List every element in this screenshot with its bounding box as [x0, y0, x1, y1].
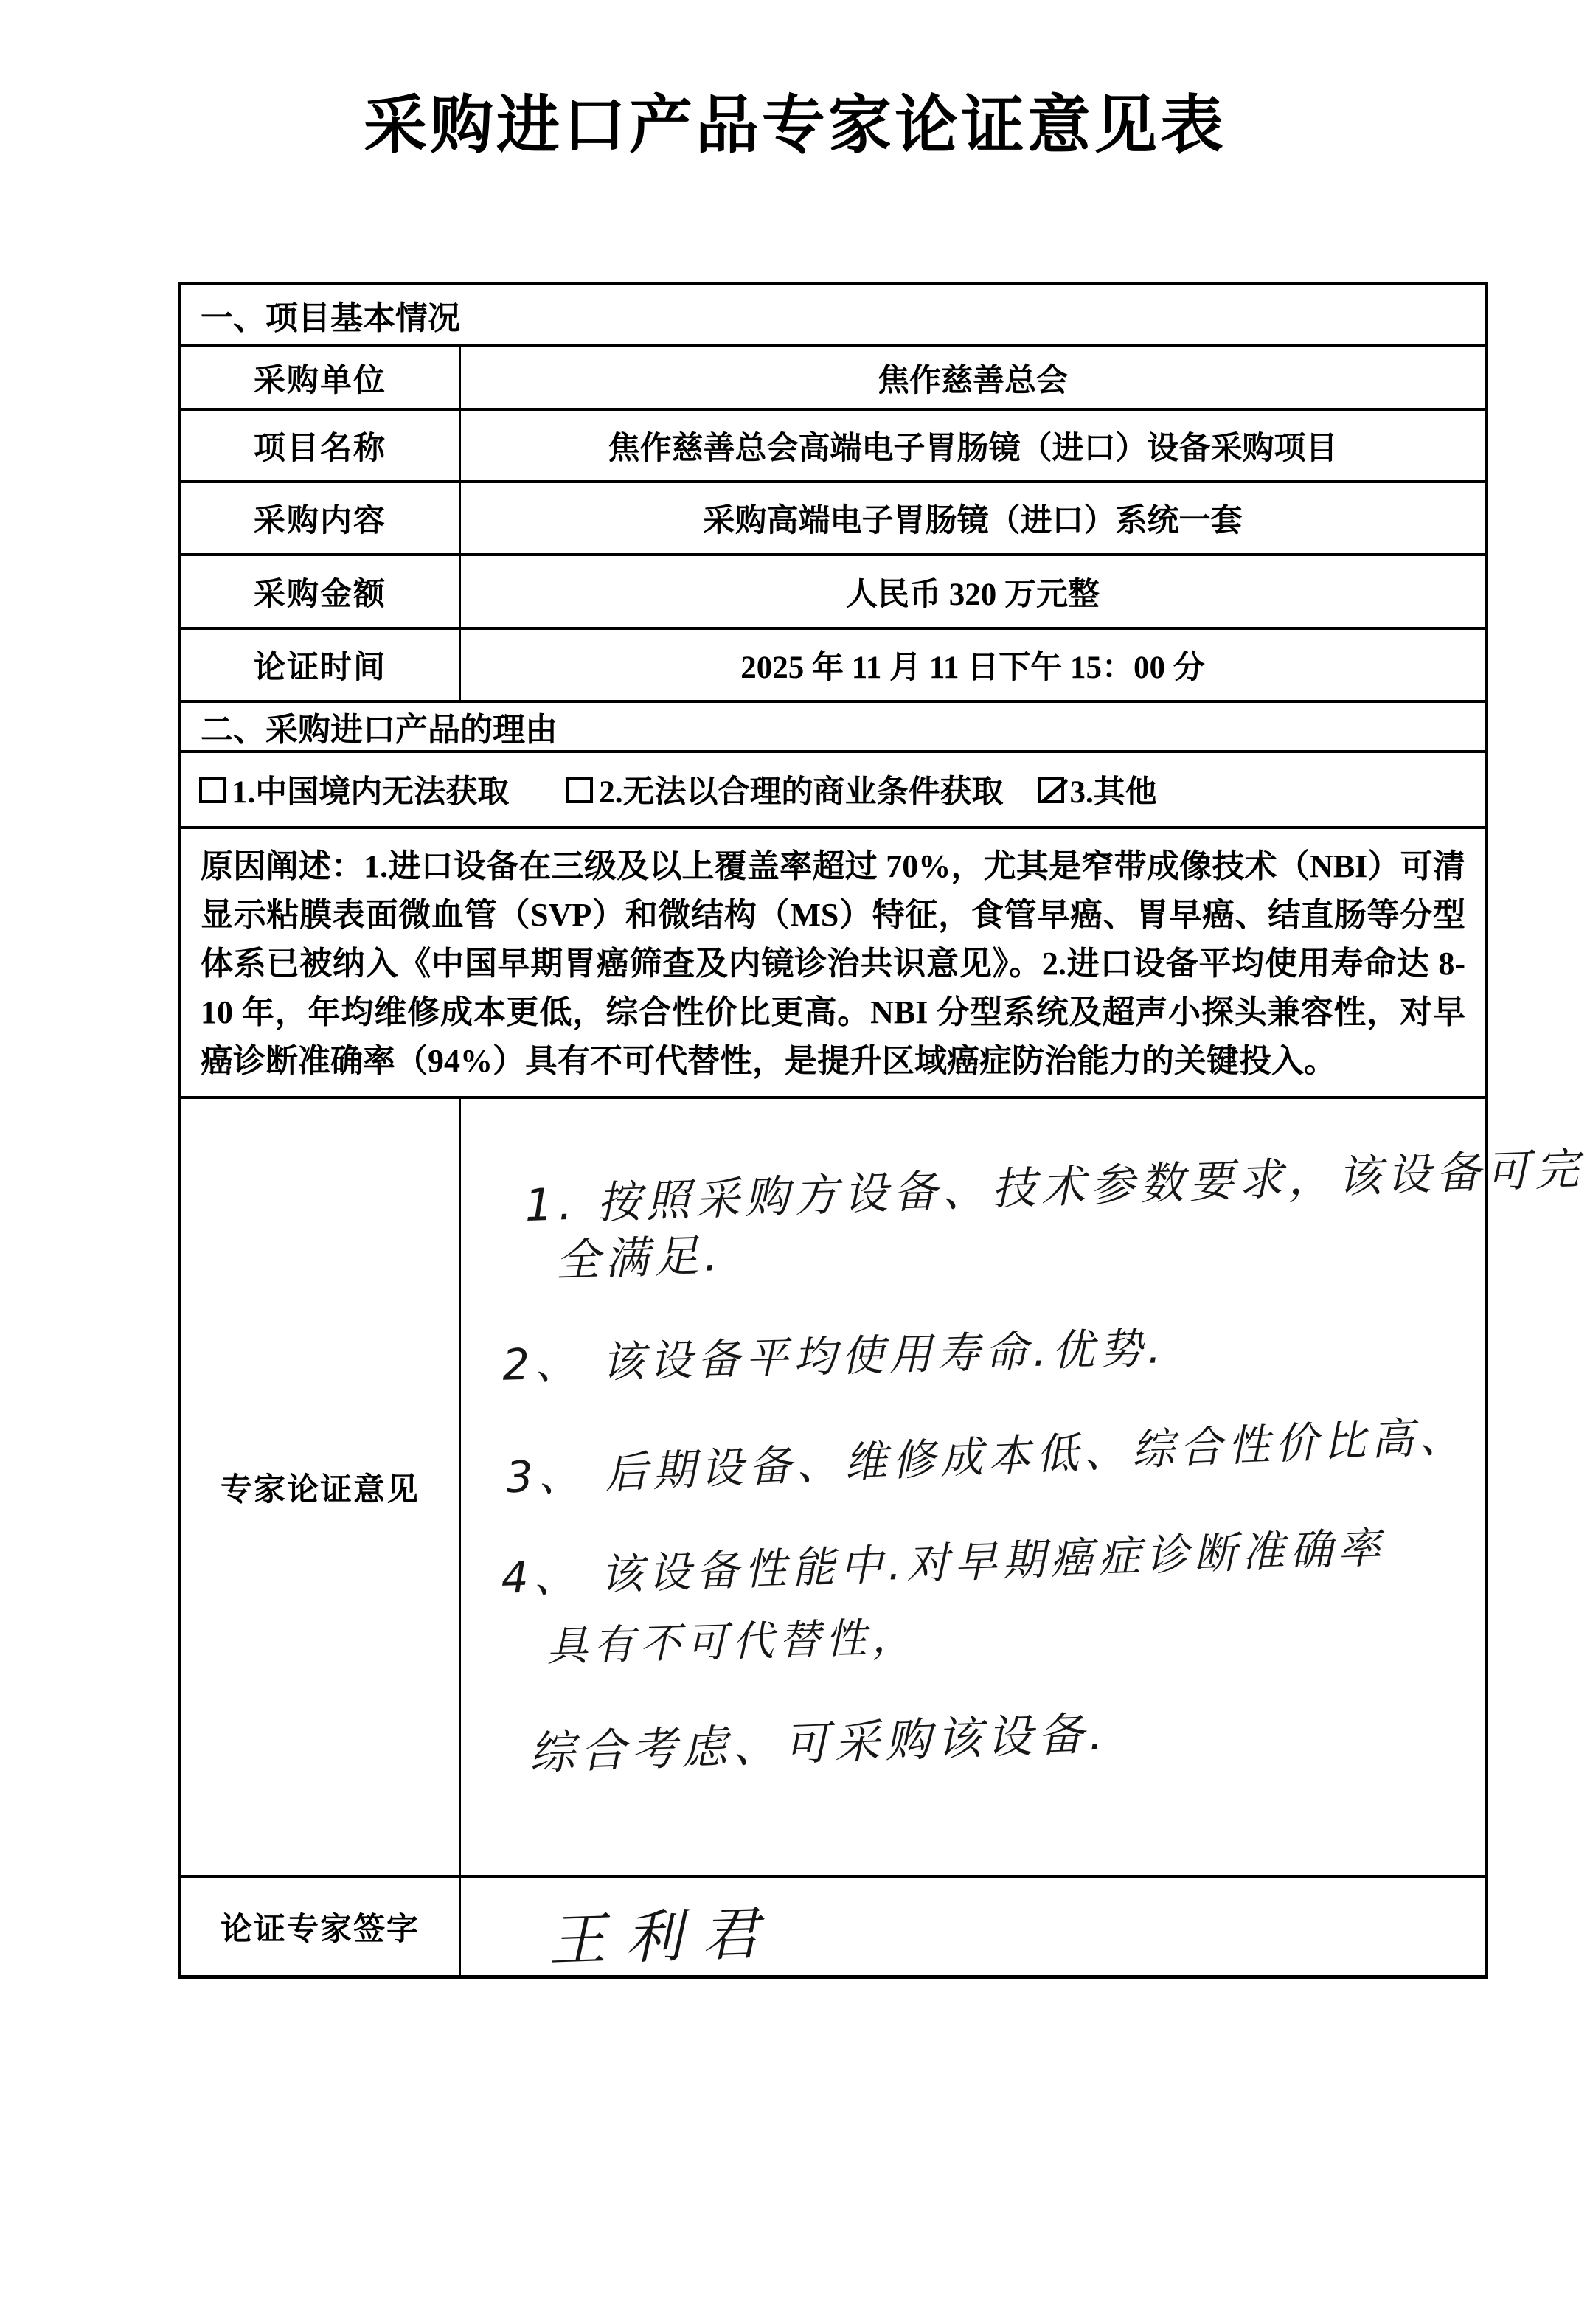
reason-statement: 原因阐述：1.进口设备在三级及以上覆盖率超过 70%，尤其是窄带成像技术（NBI… [181, 829, 1485, 1099]
row-value: 焦作慈善总会高端电子胃肠镜（进口）设备采购项目 [461, 411, 1485, 480]
checkbox-icon [199, 777, 226, 803]
row-label: 采购单位 [181, 347, 461, 408]
table-row-project-name: 项目名称 焦作慈善总会高端电子胃肠镜（进口）设备采购项目 [181, 411, 1485, 483]
checkbox-checked-icon [1038, 777, 1064, 803]
checkbox-icon [566, 777, 593, 803]
section2-header: 二、采购进口产品的理由 [181, 703, 1485, 753]
expert-opinion-row: 专家论证意见 1. 按照采购方设备、技术参数要求，该设备可完 全满足. 2、 该… [181, 1099, 1485, 1878]
signature-cell: 王利君 [461, 1878, 1485, 1975]
expert-opinion-content: 1. 按照采购方设备、技术参数要求，该设备可完 全满足. 2、 该设备平均使用寿… [461, 1099, 1485, 1875]
option-label: 3.其他 [1070, 767, 1157, 812]
handwritten-line: 2、 该设备平均使用寿命.优势. [501, 1313, 1167, 1392]
option-label: 1.中国境内无法获取 [232, 767, 509, 812]
row-label: 论证时间 [181, 630, 461, 700]
section1-header: 一、项目基本情况 [181, 285, 1485, 347]
row-label: 项目名称 [181, 411, 461, 480]
table-row-purchase-amount: 采购金额 人民币 320 万元整 [181, 556, 1485, 630]
row-label: 采购内容 [181, 483, 461, 553]
page-title: 采购进口产品专家论证意见表 [0, 74, 1590, 165]
handwritten-line: 全满足. [555, 1220, 724, 1289]
option-cannot-obtain-in-china: 1.中国境内无法获取 [199, 767, 509, 812]
procurement-form-table: 一、项目基本情况 采购单位 焦作慈善总会 项目名称 焦作慈善总会高端电子胃肠镜（… [178, 282, 1488, 1979]
handwritten-line: 3、 后期设备、维修成本低、综合性价比高、 [504, 1401, 1468, 1505]
expert-opinion-label: 专家论证意见 [181, 1099, 461, 1875]
handwritten-signature: 王利君 [546, 1887, 780, 1978]
handwritten-line: 综合考虑、可采购该设备. [528, 1696, 1109, 1782]
row-value: 人民币 320 万元整 [461, 556, 1485, 627]
reason-options-row: 1.中国境内无法获取 2.无法以合理的商业条件获取 3.其他 [181, 753, 1485, 829]
row-value: 2025 年 11 月 11 日下午 15：00 分 [461, 630, 1485, 700]
row-value: 焦作慈善总会 [461, 347, 1485, 408]
handwritten-line: 1. 按照采购方设备、技术参数要求，该设备可完 [524, 1134, 1585, 1234]
row-value: 采购高端电子胃肠镜（进口）系统一套 [461, 483, 1485, 553]
signature-label: 论证专家签字 [181, 1878, 461, 1975]
expert-signature-row: 论证专家签字 王利君 [181, 1878, 1485, 1975]
handwritten-line: 具有不可代替性， [546, 1604, 919, 1673]
option-no-reasonable-commercial-terms: 2.无法以合理的商业条件获取 [566, 767, 1003, 812]
table-row-purchasing-unit: 采购单位 焦作慈善总会 [181, 347, 1485, 411]
option-other: 3.其他 [1038, 767, 1157, 812]
table-row-purchase-content: 采购内容 采购高端电子胃肠镜（进口）系统一套 [181, 483, 1485, 556]
option-label: 2.无法以合理的商业条件获取 [599, 767, 1003, 812]
table-row-demonstration-time: 论证时间 2025 年 11 月 11 日下午 15：00 分 [181, 630, 1485, 703]
row-label: 采购金额 [181, 556, 461, 627]
handwritten-line: 4、 该设备性能中.对早期癌症诊断准确率 [500, 1513, 1386, 1606]
